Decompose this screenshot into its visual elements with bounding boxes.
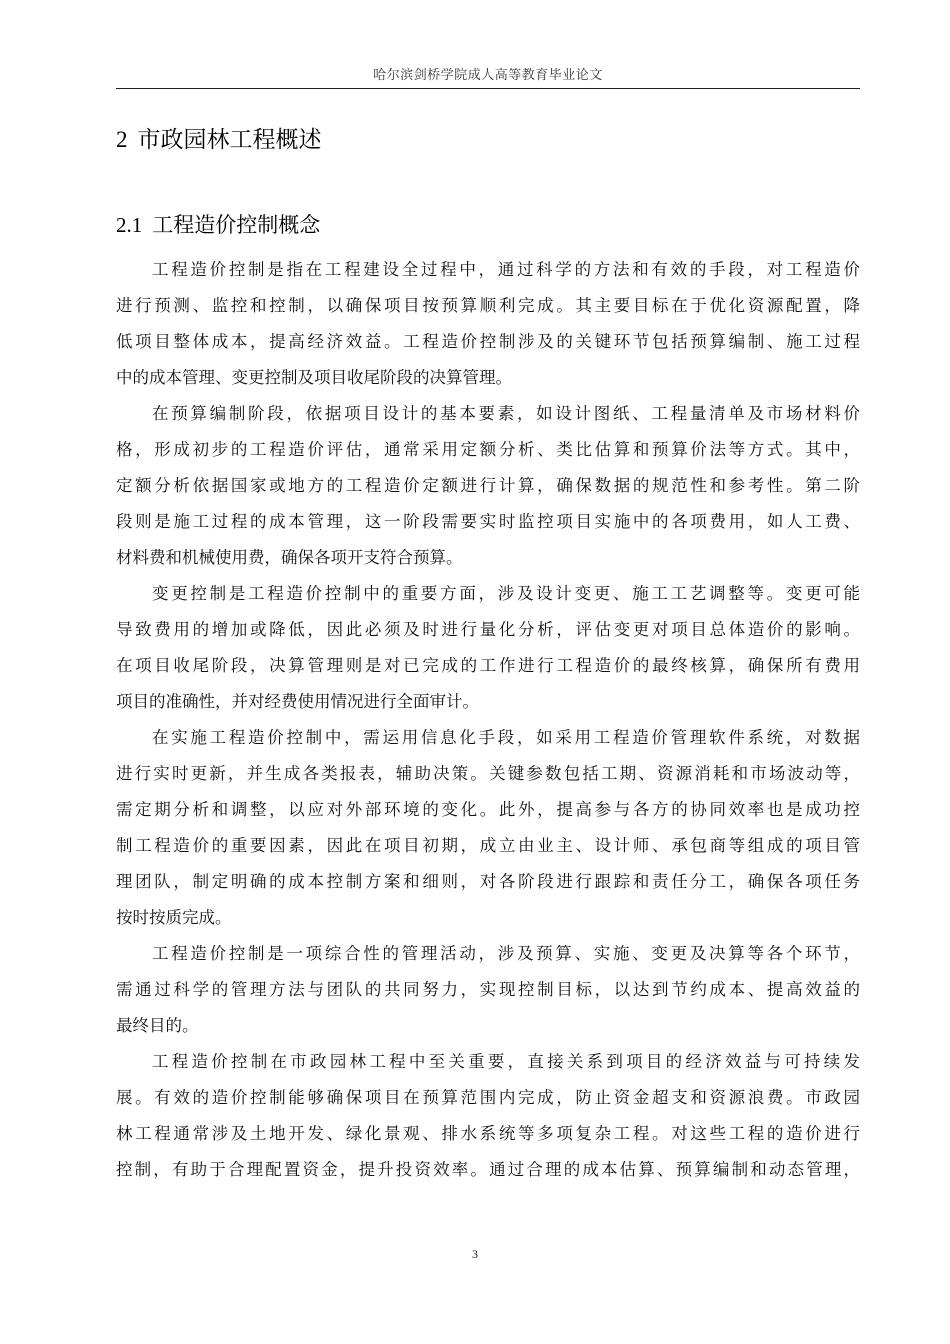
header-rule (116, 88, 860, 89)
text-line: 展。有效的造价控制能够确保项目在预算范围内完成，防止资金超支和资源浪费。市政园 (116, 1080, 860, 1116)
text-line: 进行实时更新，并生成各类报表，辅助决策。关键参数包括工期、资源消耗和市场波动等， (116, 756, 860, 792)
section-title: 工程造价控制概念 (152, 213, 320, 237)
text-line: 变更控制是工程造价控制中的重要方面，涉及设计变更、施工工艺调整等。变更可能 (116, 576, 860, 612)
text-line: 格，形成初步的工程造价评估，通常采用定额分析、类比估算和预算价法等方式。其中， (116, 432, 860, 468)
body-text: 工程造价控制是指在工程建设全过程中，通过科学的方法和有效的手段，对工程造价 进行… (116, 252, 860, 1188)
section-heading: 2.1工程造价控制概念 (116, 209, 320, 239)
text-line: 林工程通常涉及土地开发、绿化景观、排水系统等多项复杂工程。对这些工程的造价进行 (116, 1116, 860, 1152)
running-header: 哈尔滨剑桥学院成人高等教育毕业论文 (116, 64, 860, 83)
chapter-title: 市政园林工程概述 (138, 127, 322, 153)
text-line: 工程造价控制是指在工程建设全过程中，通过科学的方法和有效的手段，对工程造价 (116, 252, 860, 288)
paragraph-6: 工程造价控制在市政园林工程中至关重要，直接关系到项目的经济效益与可持续发 展。有… (116, 1044, 860, 1188)
text-line: 按时按质完成。 (116, 900, 860, 936)
text-line: 工程造价控制是一项综合性的管理活动，涉及预算、实施、变更及决算等各个环节， (116, 936, 860, 972)
text-line: 需定期分析和调整，以应对外部环境的变化。此外，提高参与各方的协同效率也是成功控 (116, 792, 860, 828)
text-line: 定额分析依据国家或地方的工程造价定额进行计算，确保数据的规范性和参考性。第二阶 (116, 468, 860, 504)
text-line: 进行预测、监控和控制，以确保项目按预算顺利完成。其主要目标在于优化资源配置，降 (116, 288, 860, 324)
paragraph-4: 在实施工程造价控制中，需运用信息化手段，如采用工程造价管理软件系统，对数据 进行… (116, 720, 860, 936)
paragraph-3: 变更控制是工程造价控制中的重要方面，涉及设计变更、施工工艺调整等。变更可能 导致… (116, 576, 860, 720)
text-line: 控制，有助于合理配置资金，提升投资效率。通过合理的成本估算、预算编制和动态管理， (116, 1152, 860, 1188)
text-line: 项目的准确性，并对经费使用情况进行全面审计。 (116, 684, 860, 720)
text-line: 在实施工程造价控制中，需运用信息化手段，如采用工程造价管理软件系统，对数据 (116, 720, 860, 756)
text-line: 材料费和机械使用费，确保各项开支符合预算。 (116, 540, 860, 576)
text-line: 中的成本管理、变更控制及项目收尾阶段的决算管理。 (116, 360, 860, 396)
text-line: 工程造价控制在市政园林工程中至关重要，直接关系到项目的经济效益与可持续发 (116, 1044, 860, 1080)
chapter-heading: 2市政园林工程概述 (116, 121, 322, 154)
section-number: 2.1 (116, 213, 142, 237)
text-line: 段则是施工过程的成本管理，这一阶段需要实时监控项目实施中的各项费用，如人工费、 (116, 504, 860, 540)
text-line: 在项目收尾阶段，决算管理则是对已完成的工作进行工程造价的最终核算，确保所有费用 (116, 648, 860, 684)
text-line: 导致费用的增加或降低，因此必须及时进行量化分析，评估变更对项目总体造价的影响。 (116, 612, 860, 648)
text-line: 理团队，制定明确的成本控制方案和细则，对各阶段进行跟踪和责任分工，确保各项任务 (116, 864, 860, 900)
paragraph-1: 工程造价控制是指在工程建设全过程中，通过科学的方法和有效的手段，对工程造价 进行… (116, 252, 860, 396)
text-line: 需通过科学的管理方法与团队的共同努力，实现控制目标，以达到节约成本、提高效益的 (116, 972, 860, 1008)
paragraph-5: 工程造价控制是一项综合性的管理活动，涉及预算、实施、变更及决算等各个环节， 需通… (116, 936, 860, 1044)
text-line: 制工程造价的重要因素，因此在项目初期，成立由业主、设计师、承包商等组成的项目管 (116, 828, 860, 864)
text-line: 最终目的。 (116, 1008, 860, 1044)
chapter-number: 2 (116, 127, 128, 152)
text-line: 低项目整体成本，提高经济效益。工程造价控制涉及的关键环节包括预算编制、施工过程 (116, 324, 860, 360)
text-line: 在预算编制阶段，依据项目设计的基本要素，如设计图纸、工程量清单及市场材料价 (116, 396, 860, 432)
paragraph-2: 在预算编制阶段，依据项目设计的基本要素，如设计图纸、工程量清单及市场材料价 格，… (116, 396, 860, 576)
page-number: 3 (0, 1247, 950, 1262)
